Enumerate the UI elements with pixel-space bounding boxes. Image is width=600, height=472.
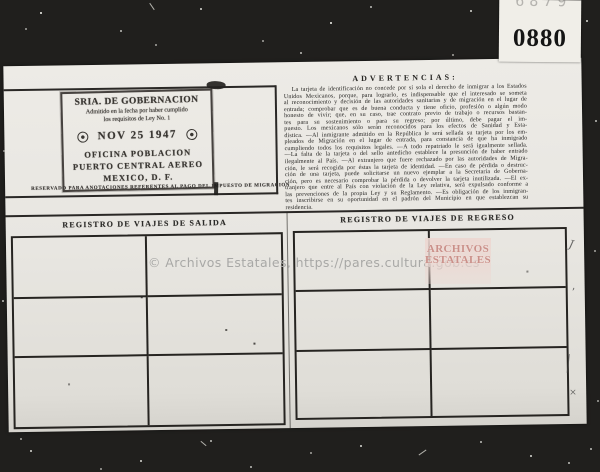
- table-cell: [431, 288, 567, 350]
- table-cell: [432, 348, 568, 416]
- table-cell: [14, 297, 149, 358]
- regreso-table-title: REGISTRO DE VIAJES DE REGRESO: [293, 212, 563, 225]
- paper-noise: [3, 66, 5, 68]
- watermark-line: ARCHIVOS: [425, 244, 491, 255]
- pen-mark: ’: [572, 286, 576, 299]
- scratch-mark: [149, 3, 154, 10]
- gobernacion-stamp: SRIA. DE GOBERNACION Admitido en la fech…: [60, 89, 214, 193]
- table-cell: [296, 290, 432, 352]
- archivos-estatales-watermark: ARCHIVOS ESTATALES: [425, 238, 491, 284]
- advertencias-title: ADVERTENCIAS:: [283, 72, 526, 85]
- archive-number: 0880: [499, 25, 581, 54]
- seal-icon: [186, 128, 197, 139]
- document-scan: 6879 0880 SRIA. DE GOBERNACION Admitido …: [0, 0, 600, 472]
- table-cell: [149, 354, 284, 425]
- scratch-mark: [419, 450, 427, 456]
- salida-table-title: REGISTRO DE VIAJES DE SALIDA: [11, 217, 279, 230]
- pen-mark: ×: [569, 388, 577, 398]
- stamp-date-row: NOV 25 1947: [63, 128, 211, 143]
- table-cell: [13, 236, 148, 299]
- migration-card: SRIA. DE GOBERNACION Admitido en la fech…: [3, 58, 586, 433]
- table-cell: [148, 295, 283, 356]
- archive-number-slip: 6879 0880: [499, 0, 582, 62]
- section-border: [275, 85, 278, 194]
- pen-mark: J: [568, 238, 575, 252]
- cropped-number: 6879: [515, 0, 571, 10]
- stamp-office: MEXICO, D. F.: [64, 171, 212, 184]
- seal-icon: [78, 131, 89, 142]
- advertencias-section: ADVERTENCIAS: La tarjeta de identificaci…: [283, 72, 528, 212]
- scratch-mark: [200, 441, 206, 446]
- stamp-office: PUERTO CENTRAL AEREO: [64, 159, 212, 172]
- stamp-date: NOV 25 1947: [98, 128, 178, 142]
- watermark-line: ESTATALES: [425, 255, 491, 266]
- stamp-office: OFICINA POBLACION: [64, 147, 212, 160]
- background-noise: [0, 0, 2, 2]
- table-cell: [297, 350, 433, 418]
- section-border: [5, 192, 278, 198]
- ink-blot: [206, 81, 225, 90]
- center-crease: [287, 212, 291, 428]
- ink-blot: [214, 182, 218, 195]
- table-cell: [15, 356, 150, 427]
